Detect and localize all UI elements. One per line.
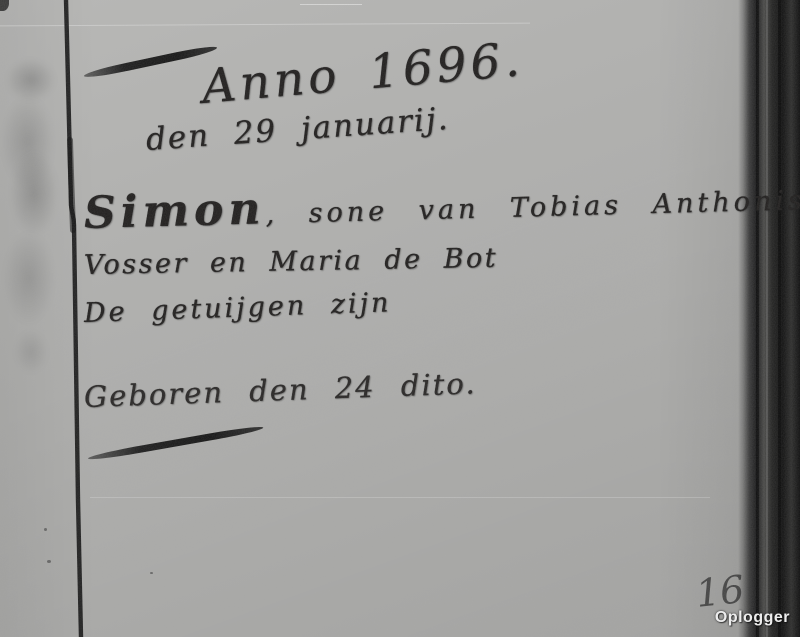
binding-stripe [756, 0, 759, 637]
watermark-label: Oplogger [715, 609, 790, 627]
binding-highlight [766, 0, 768, 637]
manuscript-page: Anno 1696. den 29 januarij. Simon, sone … [0, 0, 800, 637]
child-name: Simon [83, 183, 266, 239]
binding-stripe [778, 0, 781, 637]
book-binding-edge [738, 0, 800, 637]
